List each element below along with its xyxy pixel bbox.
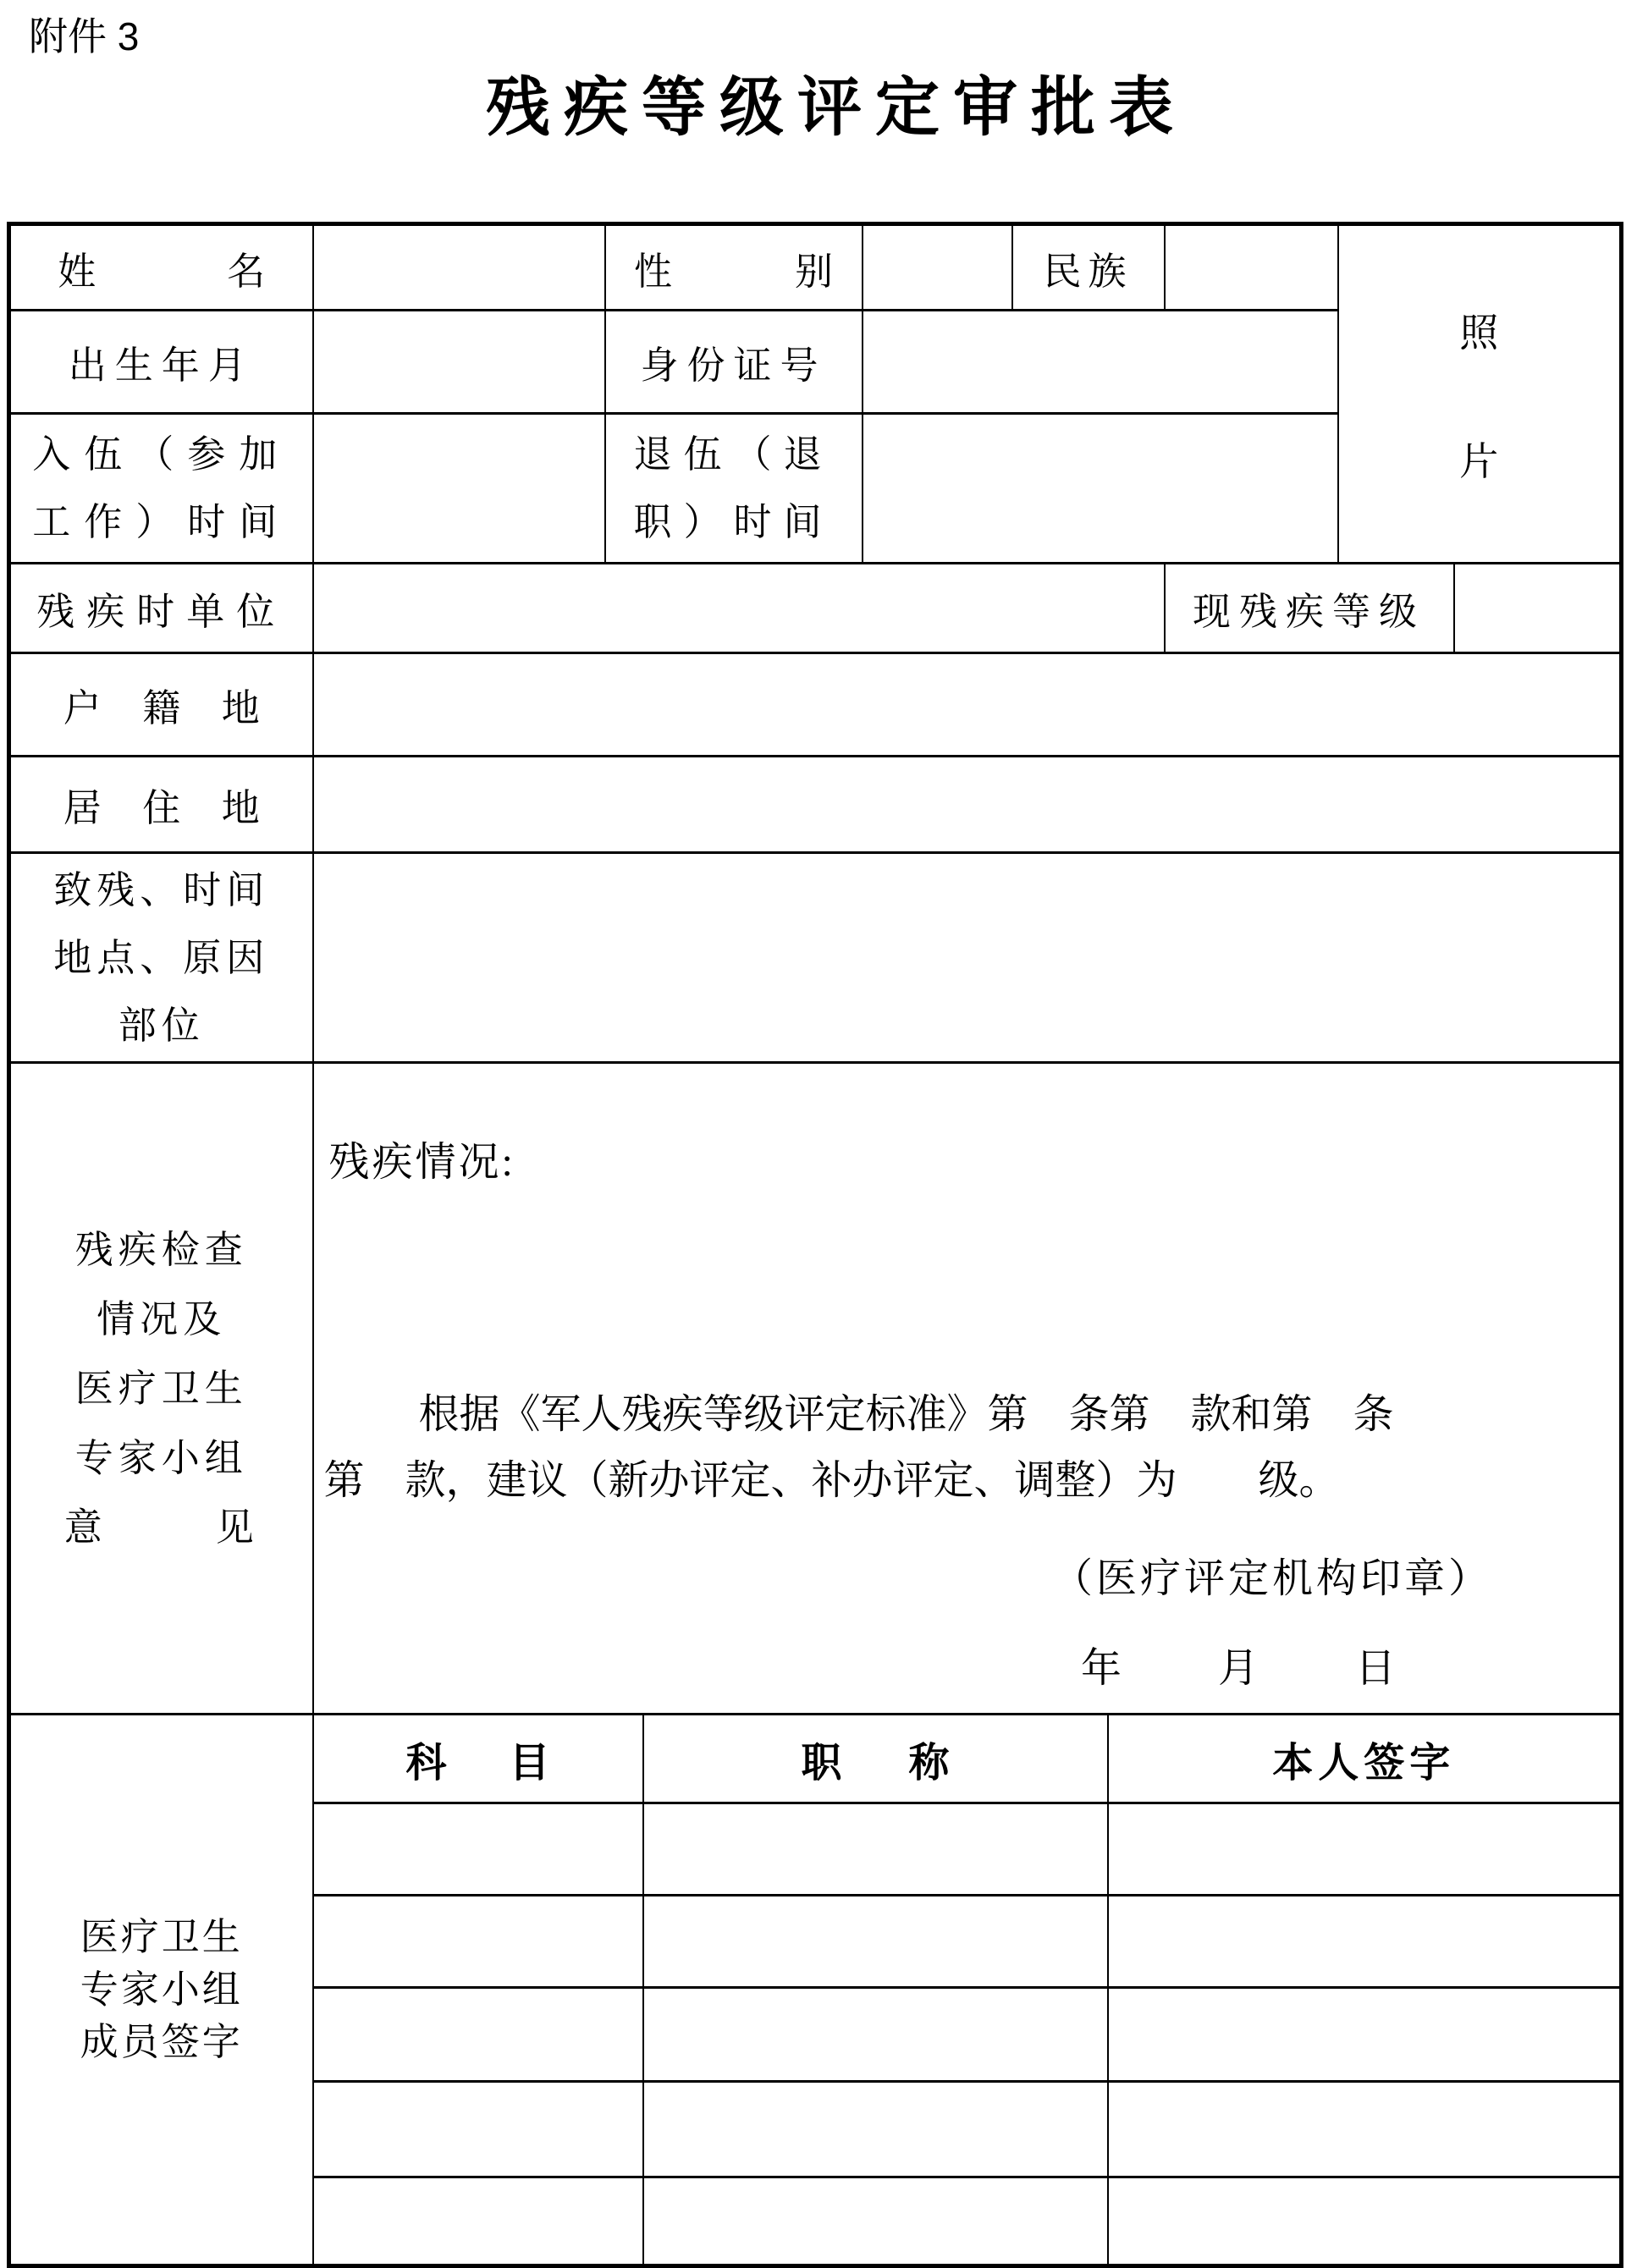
current-grade-label-text: 现残疾等级 <box>1193 591 1425 633</box>
row-expert-opinion: 残疾检查 情况及 医疗卫生 专家小组 意见 残疾情况: 根据《军人残疾等级评定标… <box>9 1063 1622 1715</box>
photo-cell: 照 片 <box>1338 224 1622 564</box>
signature-column-header: 本人签字 <box>1108 1715 1622 1803</box>
current-residence-label: 居住地 <box>9 757 313 853</box>
birth-date-value-cell <box>313 311 605 414</box>
subject-cell-2 <box>313 1896 643 1988</box>
subject-cell-1 <box>313 1803 643 1896</box>
id-number-label-text: 身份证号 <box>640 344 826 387</box>
row-registered-residence: 户籍地 <box>9 653 1622 757</box>
current-residence-label-text: 居住地 <box>63 777 260 832</box>
discharge-label: 退伍（退 职）时间 <box>605 414 863 564</box>
gender-value-cell <box>863 224 1012 311</box>
discharge-label-line2: 职）时间 <box>606 488 862 556</box>
expert-opinion-label-line4: 专家小组 <box>11 1423 312 1493</box>
discharge-value-cell <box>863 414 1338 564</box>
gender-label-text: 性别 <box>634 240 833 295</box>
title-cell-1 <box>643 1803 1108 1896</box>
expert-opinion-label-line1: 残疾检查 <box>11 1215 312 1285</box>
title-cell-2 <box>643 1896 1108 1988</box>
discharge-label-line1: 退伍（退 <box>606 421 862 488</box>
attachment-label: 附件 3 <box>29 14 1626 59</box>
row-current-residence: 居住地 <box>9 757 1622 853</box>
approval-form-table: 姓名 性别 民族 照 片 出生年月 身份证号 <box>7 222 1623 2268</box>
row-unit: 残疾时单位 现残疾等级 <box>9 564 1622 653</box>
registered-residence-value-cell <box>313 653 1622 757</box>
ethnicity-label-text: 民族 <box>1044 250 1133 293</box>
enlistment-label-line2: 工作）时间 <box>11 488 312 556</box>
current-grade-value-cell <box>1454 564 1622 653</box>
expert-opinion-label: 残疾检查 情况及 医疗卫生 专家小组 意见 <box>9 1063 313 1715</box>
birth-date-label: 出生年月 <box>9 311 313 414</box>
seal-note: （医疗评定机构印章） <box>314 1551 1620 1607</box>
subject-cell-3 <box>313 1988 643 2082</box>
row-name: 姓名 性别 民族 照 片 <box>9 224 1622 311</box>
expert-opinion-label-line5-text: 意见 <box>64 1493 259 1562</box>
ethnicity-label: 民族 <box>1012 224 1165 311</box>
disability-cause-label: 致残、时间 地点、原因 部位 <box>9 853 313 1063</box>
current-residence-value-cell <box>313 757 1622 853</box>
gender-label: 性别 <box>605 224 863 311</box>
disability-cause-label-line2: 地点、原因 <box>11 924 312 992</box>
photo-label: 照 片 <box>1339 302 1620 487</box>
disability-unit-label: 残疾时单位 <box>9 564 313 653</box>
signature-column-header-text: 本人签字 <box>1272 1741 1455 1786</box>
signature-group-label: 医疗卫生 专家小组 成员签字 <box>9 1715 313 2266</box>
name-value-cell <box>313 224 605 311</box>
signature-group-label-line3: 成员签字 <box>11 2016 312 2068</box>
signature-header-row: 医疗卫生 专家小组 成员签字 科目 职称 本人签字 <box>9 1715 1622 1803</box>
signature-cell-5 <box>1108 2177 1622 2266</box>
registered-residence-label-text: 户籍地 <box>63 677 260 732</box>
subject-column-header: 科目 <box>313 1715 643 1803</box>
disability-cause-value-cell <box>313 853 1622 1063</box>
title-column-header: 职称 <box>643 1715 1108 1803</box>
ethnicity-value-cell <box>1165 224 1338 311</box>
row-cause: 致残、时间 地点、原因 部位 <box>9 853 1622 1063</box>
title-cell-3 <box>643 1988 1108 2082</box>
page-title: 残疾等级评定审批表 <box>0 66 1626 151</box>
signature-cell-4 <box>1108 2082 1622 2177</box>
date-line: 年 月 日 <box>314 1641 1620 1697</box>
recommendation-line2: 第 款，建议（新办评定、补办评定、调整）为 级。 <box>314 1448 1620 1514</box>
signature-group-label-line2: 专家小组 <box>11 1963 312 2016</box>
recommendation-line1: 根据《军人残疾等级评定标准》第 条第 款和第 条 <box>314 1382 1620 1448</box>
signature-group-label-line1: 医疗卫生 <box>11 1911 312 1963</box>
name-label-text: 姓名 <box>58 240 265 295</box>
photo-char-1: 照 <box>1459 302 1498 358</box>
recommendation-text: 根据《军人残疾等级评定标准》第 条第 款和第 条 第 款，建议（新办评定、补办评… <box>314 1382 1620 1514</box>
birth-date-label-text: 出生年月 <box>69 344 255 387</box>
title-cell-5 <box>643 2177 1108 2266</box>
expert-opinion-label-line5: 意见 <box>11 1493 312 1562</box>
id-number-label: 身份证号 <box>605 311 863 414</box>
disability-unit-label-text: 残疾时单位 <box>36 591 286 633</box>
registered-residence-label: 户籍地 <box>9 653 313 757</box>
enlistment-label: 入伍（参加 工作）时间 <box>9 414 313 564</box>
name-label: 姓名 <box>9 224 313 311</box>
enlistment-label-line1: 入伍（参加 <box>11 421 312 488</box>
expert-opinion-cell: 残疾情况: 根据《军人残疾等级评定标准》第 条第 款和第 条 第 款，建议（新办… <box>313 1063 1622 1715</box>
document-page: 附件 3 残疾等级评定审批表 姓名 性别 民族 照 片 <box>0 14 1626 2268</box>
disability-cause-label-line3: 部位 <box>11 992 312 1060</box>
signature-cell-1 <box>1108 1803 1622 1896</box>
expert-opinion-label-line3: 医疗卫生 <box>11 1354 312 1423</box>
title-cell-4 <box>643 2082 1108 2177</box>
disability-condition-heading: 残疾情况: <box>329 1135 1620 1191</box>
photo-char-2: 片 <box>1459 431 1498 487</box>
current-grade-label: 现残疾等级 <box>1165 564 1454 653</box>
title-column-header-text: 职称 <box>802 1730 950 1788</box>
subject-column-header-text: 科目 <box>406 1730 550 1788</box>
subject-cell-4 <box>313 2082 643 2177</box>
subject-cell-5 <box>313 2177 643 2266</box>
disability-cause-label-line1: 致残、时间 <box>11 856 312 924</box>
signature-cell-2 <box>1108 1896 1622 1988</box>
id-number-value-cell <box>863 311 1338 414</box>
signature-cell-3 <box>1108 1988 1622 2082</box>
disability-unit-value-cell <box>313 564 1165 653</box>
enlistment-value-cell <box>313 414 605 564</box>
expert-opinion-label-line2: 情况及 <box>11 1285 312 1354</box>
